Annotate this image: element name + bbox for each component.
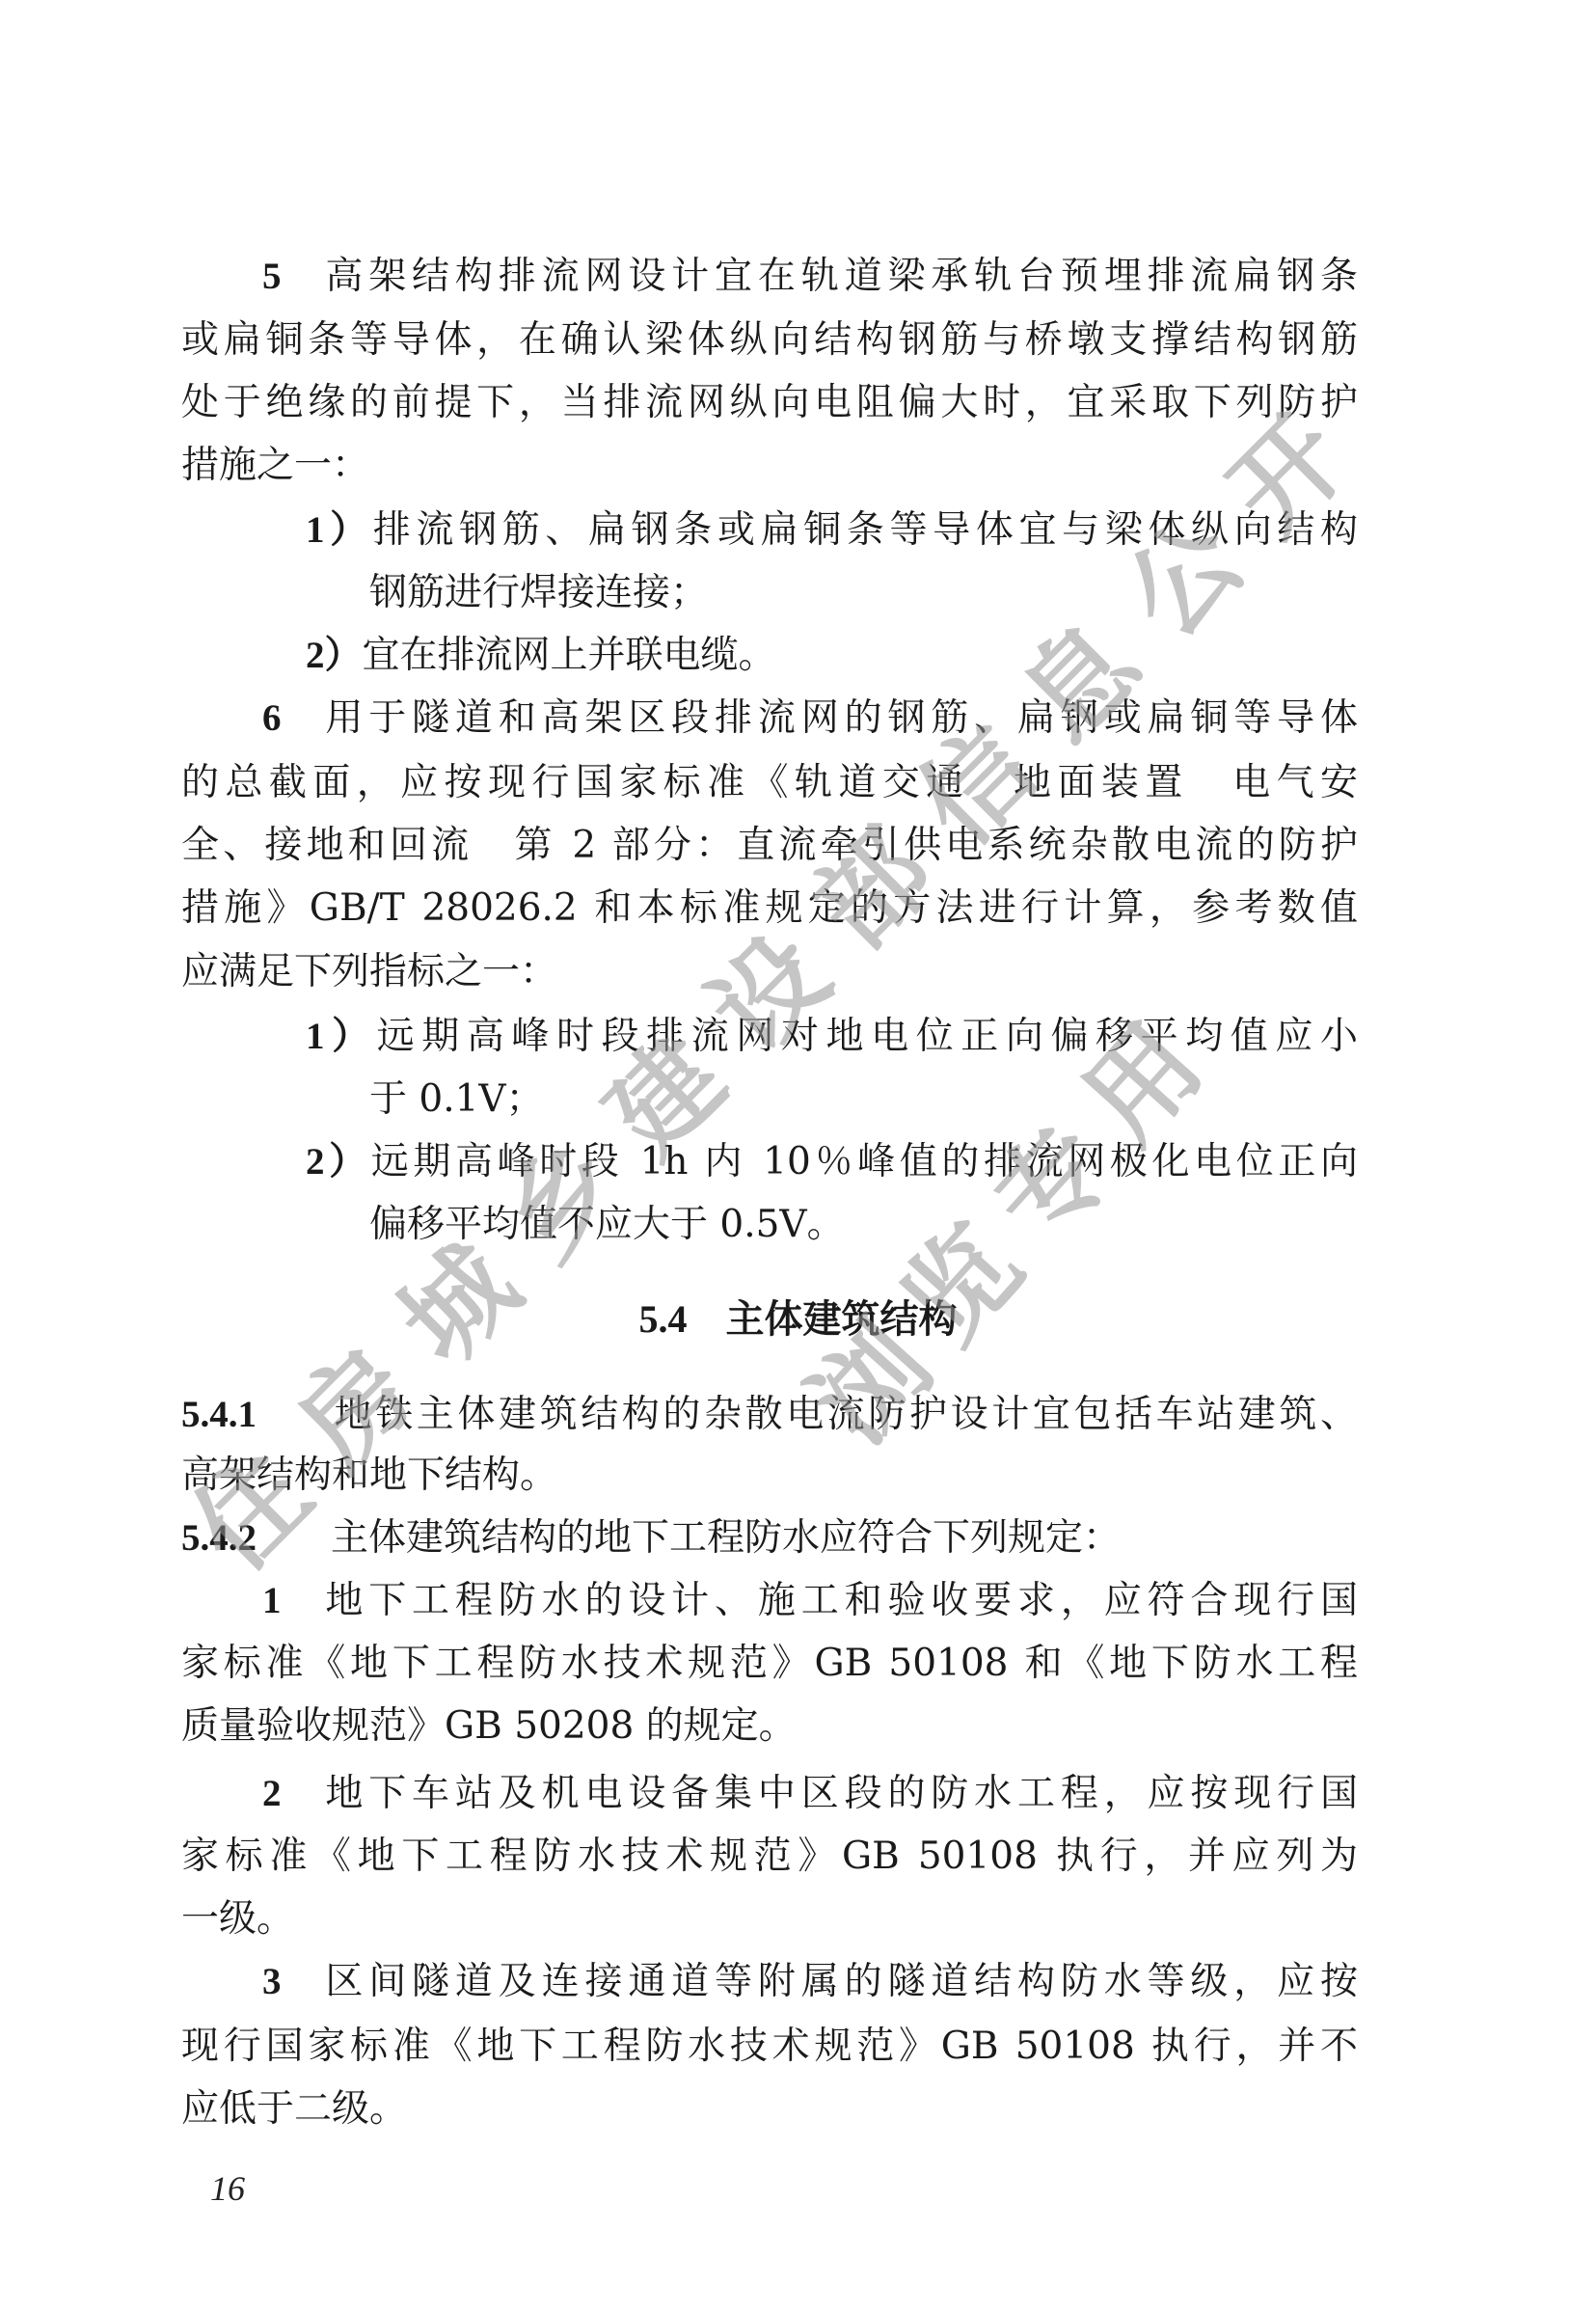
item-6-line-5: 应满足下列指标之一：: [181, 948, 1358, 996]
page-number: 16: [210, 2168, 245, 2209]
item-5-sub-2: 2）宜在排流网上并联电缆。: [306, 632, 1358, 680]
clause-5-4-2-item-1-line-1: 1地下工程防水的设计、施工和验收要求，应符合现行国: [262, 1577, 1358, 1625]
item-5-line-2: 或扁铜条等导体，在确认梁体纵向结构钢筋与桥墩支撑结构钢筋: [181, 316, 1358, 365]
item-5-line-1: 5高架结构排流网设计宜在轨道梁承轨台预埋排流扁钢条: [262, 253, 1358, 301]
item-6-sub-2: 2）远期高峰时段 1h 内 10％峰值的排流网极化电位正向: [306, 1138, 1358, 1186]
sub-item-label: 1）: [306, 509, 373, 551]
item-6-sub-1: 1）远期高峰时段排流网对地电位正向偏移平均值应小: [306, 1013, 1358, 1061]
clause-number: 5.4.2: [181, 1514, 331, 1563]
item-number: 2: [262, 1773, 282, 1814]
item-5-line-4: 措施之一：: [181, 442, 1358, 490]
item-6-sub-2-cont: 偏移平均值不应大于 0.5V。: [369, 1201, 1358, 1249]
item-6-line-4: 措施》GB/T 28026.2 和本标准规定的方法进行计算，参考数值: [181, 884, 1358, 933]
item-number: 5: [262, 256, 282, 297]
clause-5-4-1-line-2: 高架结构和地下结构。: [181, 1452, 1358, 1500]
item-6-line-3: 全、接地和回流 第 2 部分：直流牵引供电系统杂散电流的防护: [181, 822, 1358, 870]
sub-item-label: 2）: [306, 635, 363, 676]
clause-number: 5.4.1: [181, 1391, 331, 1439]
clause-5-4-2-item-3-line-3: 应低于二级。: [181, 2085, 1358, 2134]
clause-5-4-2-item-2-line-3: 一级。: [181, 1895, 1358, 1944]
clause-5-4-2-item-1-line-3: 质量验收规范》GB 50208 的规定。: [181, 1702, 1358, 1751]
sub-item-label: 2）: [306, 1141, 371, 1183]
section-title: 主体建筑结构: [726, 1296, 958, 1342]
clause-5-4-1-line-1: 5.4.1地铁主体建筑结构的杂散电流防护设计宜包括车站建筑、: [181, 1391, 1358, 1439]
item-6-line-1: 6用于隧道和高架区段排流网的钢筋、扁钢或扁铜等导体: [262, 694, 1358, 743]
item-5-sub-1: 1）排流钢筋、扁钢条或扁铜条等导体宜与梁体纵向结构: [306, 506, 1358, 555]
item-number: 1: [262, 1580, 282, 1621]
clause-5-4-2-item-3-line-2: 现行国家标准《地下工程防水技术规范》GB 50108 执行，并不: [181, 2023, 1358, 2071]
document-page: 5高架结构排流网设计宜在轨道梁承轨台预埋排流扁钢条 或扁铜条等导体，在确认梁体纵…: [0, 0, 1596, 2311]
section-heading: 5.4主体建筑结构: [0, 1295, 1596, 1344]
clause-5-4-2-item-2-line-1: 2地下车站及机电设备集中区段的防水工程，应按现行国: [262, 1770, 1358, 1818]
item-5-sub-1-cont: 钢筋进行焊接连接；: [369, 569, 1358, 617]
item-5-line-3: 处于绝缘的前提下，当排流网纵向电阻偏大时，宜采取下列防护: [181, 379, 1358, 427]
item-number: 6: [262, 697, 282, 739]
item-number: 3: [262, 1961, 282, 2002]
item-6-line-2: 的总截面，应按现行国家标准《轨道交通 地面装置 电气安: [181, 759, 1358, 807]
clause-5-4-2-line: 5.4.2主体建筑结构的地下工程防水应符合下列规定：: [181, 1514, 1358, 1563]
clause-5-4-2-item-1-line-2: 家标准《地下工程防水技术规范》GB 50108 和《地下防水工程: [181, 1640, 1358, 1688]
clause-5-4-2-item-3-line-1: 3区间隧道及连接通道等附属的隧道结构防水等级，应按: [262, 1958, 1358, 2006]
item-6-sub-1-cont: 于 0.1V；: [369, 1075, 1358, 1124]
clause-5-4-2-item-2-line-2: 家标准《地下工程防水技术规范》GB 50108 执行，并应列为: [181, 1833, 1358, 1881]
section-number: 5.4: [639, 1297, 688, 1341]
sub-item-label: 1）: [306, 1016, 377, 1057]
